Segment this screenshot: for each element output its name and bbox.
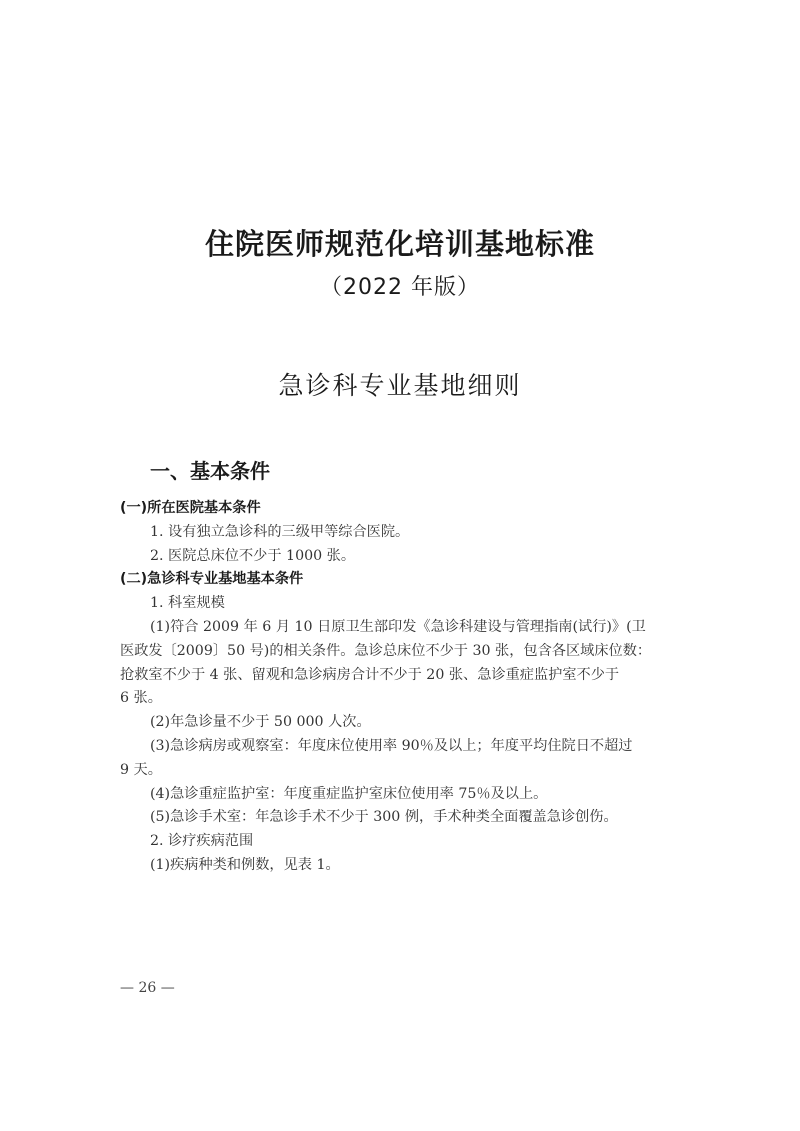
document-subtitle: （2022 年版） [0, 272, 800, 304]
paragraph-line: 6 张。 [120, 687, 690, 711]
paragraph-line: (1)疾病种类和例数，见表 1。 [120, 854, 690, 878]
paragraph-line: (4)急诊重症监护室：年度重症监护室床位使用率 75％及以上。 [120, 783, 690, 807]
body-text: (一)所在医院基本条件 1. 设有独立急诊科的三级甲等综合医院。 2. 医院总床… [120, 497, 690, 878]
document-title: 住院医师规范化培训基地标准 [0, 224, 800, 264]
paragraph-line: 抢救室不少于 4 张、留观和急诊病房合计不少于 20 张、急诊重症监护室不少于 [120, 664, 690, 688]
paragraph-line: 1. 科室规模 [120, 592, 690, 616]
page-number: — 26 — [120, 978, 175, 998]
paragraph-line: 9 天。 [120, 759, 690, 783]
section-title: 急诊科专业基地细则 [0, 366, 800, 406]
paragraph-line: 医政发〔2009〕50 号)的相关条件。急诊总床位不少于 30 张，包含各区域床… [120, 640, 690, 664]
paragraph-line: (2)年急诊量不少于 50 000 人次。 [120, 711, 690, 735]
paragraph-line: 2. 诊疗疾病范围 [120, 830, 690, 854]
heading-basic-conditions: 一、基本条件 [150, 456, 270, 486]
document-page: 住院医师规范化培训基地标准 （2022 年版） 急诊科专业基地细则 一、基本条件… [0, 0, 800, 1131]
paragraph-line: (1)符合 2009 年 6 月 10 日原卫生部印发《急诊科建设与管理指南(试… [120, 616, 690, 640]
paragraph-line: (5)急诊手术室：年急诊手术不少于 300 例，手术种类全面覆盖急诊创伤。 [120, 806, 690, 830]
subheading-base-conditions: (二)急诊科专业基地基本条件 [120, 568, 690, 592]
subheading-hospital-conditions: (一)所在医院基本条件 [120, 497, 690, 521]
paragraph-line: 2. 医院总床位不少于 1000 张。 [120, 545, 690, 569]
paragraph-line: 1. 设有独立急诊科的三级甲等综合医院。 [120, 521, 690, 545]
paragraph-line: (3)急诊病房或观察室：年度床位使用率 90％及以上；年度平均住院日不超过 [120, 735, 690, 759]
